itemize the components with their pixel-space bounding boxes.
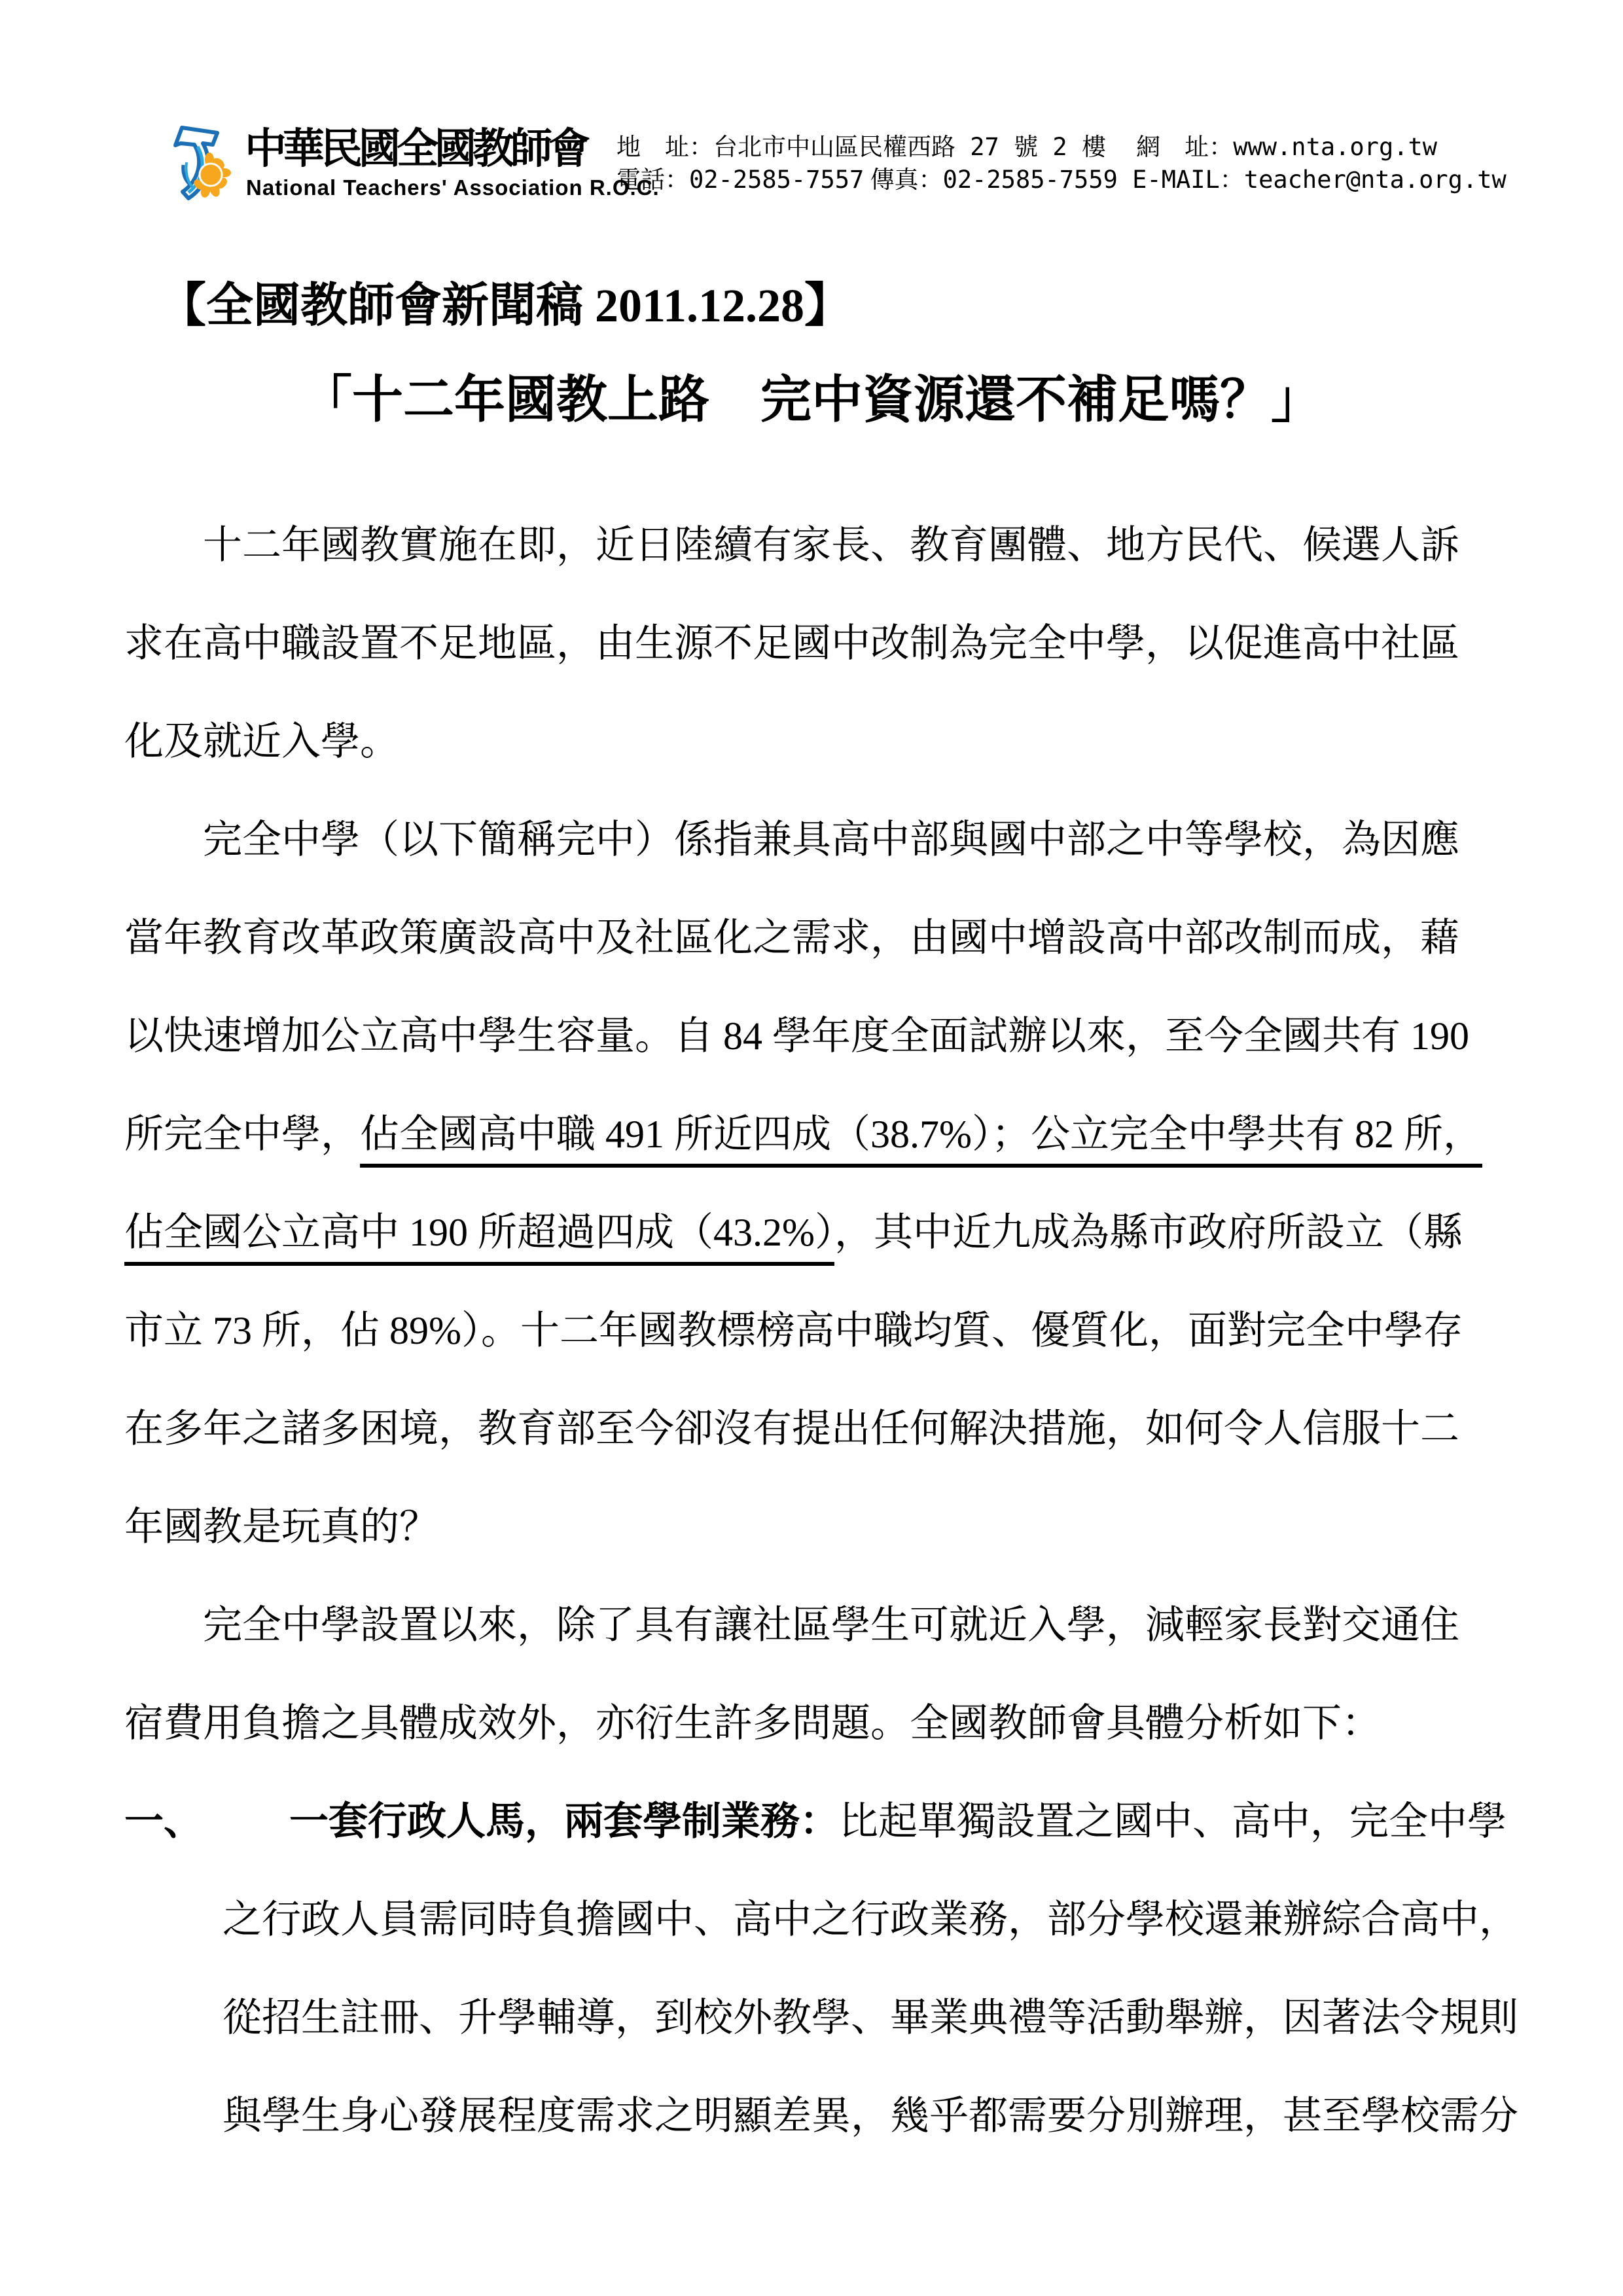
text-run: 年國教是玩真的？	[124, 1505, 438, 1549]
text-run: 在多年之諸多困境，教育部至今卻沒有提出任何解決措施，如何令人信服十二	[124, 1407, 1459, 1450]
text-run: 02-2585-7559	[943, 166, 1118, 194]
text-run: ，其中近九成為縣市政府所設立（縣	[834, 1211, 1463, 1254]
paragraph-line: 年國教是玩真的？	[124, 1478, 1459, 1576]
text-run: 宿費用負擔之具體成效外，亦衍生許多問題。全國教師會具體分析如下：	[124, 1702, 1381, 1745]
text-run: E-MAIL：	[1118, 166, 1244, 194]
list-number-label: 一、	[124, 1772, 289, 1871]
paragraph-line: 化及就近入學。	[124, 692, 1459, 791]
nta-logo-svg	[165, 122, 233, 202]
text-run: teacher@nta.org.tw	[1244, 166, 1507, 194]
text-run: 以快速增加公立高中學生容量。自 84 學年度全面試辦以來，至今全國共有 190	[124, 1014, 1469, 1058]
paragraph-line: 市立 73 所，佔 89%）。十二年國教標榜高中職均質、優質化，面對完全中學存	[124, 1282, 1459, 1380]
text-run: 一套行政人馬，兩套學制業務：	[289, 1800, 839, 1843]
paragraph-line: 十二年國教實施在即，近日陸續有家長、教育團體、地方民代、候選人訴	[124, 496, 1459, 594]
org-name-en: National Teachers' Association R.O.C.	[246, 175, 660, 200]
org-name-zh: 中華民國全國教師會	[245, 124, 586, 174]
text-run: 與學生身心發展程度需求之明顯差異，幾乎都需要分別辦理，甚至學校需分	[223, 2094, 1518, 2138]
paragraph-line: 在多年之諸多困境，教育部至今卻沒有提出任何解決措施，如何令人信服十二	[124, 1380, 1459, 1478]
text-run: 十二年國教實施在即，近日陸續有家長、教育團體、地方民代、候選人訴	[203, 524, 1459, 567]
list-item-line: 從招生註冊、升學輔導，到校外教學、畢業典禮等活動舉辦，因著法令規則	[124, 1969, 1459, 2067]
list-item-line: 一、一套行政人馬，兩套學制業務：比起單獨設置之國中、高中，完全中學	[124, 1772, 1459, 1871]
text-run: 完全中學設置以來，除了具有讓社區學生可就近入學，減輕家長對交通住	[203, 1604, 1459, 1647]
document-title: 「十二年國教上路 完中資源還不補足嗎？」	[0, 359, 1623, 432]
nta-logo-icon	[165, 122, 233, 202]
text-run: 2	[1038, 133, 1082, 161]
text-run: 傳真：	[864, 167, 942, 194]
press-release-page: 中華民國全國教師會 National Teachers' Association…	[0, 0, 1623, 2296]
text-run: 市立 73 所，佔 89%）。十二年國教標榜高中職均質、優質化，面對完全中學存	[124, 1309, 1463, 1352]
text-run: 號	[1014, 134, 1038, 161]
text-run: 02-2585-7557	[689, 166, 864, 194]
document-body: 十二年國教實施在即，近日陸續有家長、教育團體、地方民代、候選人訴求在高中職設置不…	[124, 496, 1459, 2165]
text-run: 比起單獨設置之國中、高中，完全中學	[839, 1800, 1507, 1843]
paragraph-line: 當年教育改革政策廣設高中及社區化之需求，由國中增設高中部改制而成，藉	[124, 889, 1459, 987]
text-run: 電話：	[616, 167, 689, 194]
contact-address-line: 地 址：台北市中山區民權西路 27 號 2 樓 網 址：www.nta.org.…	[616, 131, 1487, 164]
paragraph-line: 所完全中學，佔全國高中職 491 所近四成（38.7%）；公立完全中學共有 82…	[124, 1085, 1459, 1183]
paragraph-line: 求在高中職設置不足地區，由生源不足國中改制為完全中學，以促進高中社區	[124, 594, 1459, 692]
text-run: 當年教育改革政策廣設高中及社區化之需求，由國中增設高中部改制而成，藉	[124, 916, 1459, 960]
text-run: 27	[955, 133, 1014, 161]
list-item-line: 之行政人員需同時負擔國中、高中之行政業務，部分學校還兼辦綜合高中，	[124, 1871, 1459, 1969]
text-run: 樓 網 址：	[1082, 134, 1233, 161]
text-run: www.nta.org.tw	[1233, 133, 1437, 161]
text-run: 佔全國公立高中 190 所超過四成（43.2%）	[124, 1211, 834, 1266]
contact-info: 地 址：台北市中山區民權西路 27 號 2 樓 網 址：www.nta.org.…	[616, 131, 1487, 196]
text-run: 所完全中學，	[124, 1113, 360, 1156]
text-run: 化及就近入學。	[124, 720, 399, 763]
text-run: 完全中學（以下簡稱完中）係指兼具高中部與國中部之中等學校，為因應	[203, 818, 1459, 861]
text-run: 佔全國高中職 491 所近四成（38.7%）；公立完全中學共有 82 所，	[360, 1113, 1482, 1168]
list-item-line: 與學生身心發展程度需求之明顯差異，幾乎都需要分別辦理，甚至學校需分	[124, 2067, 1459, 2165]
text-run: 求在高中職設置不足地區，由生源不足國中改制為完全中學，以促進高中社區	[124, 622, 1459, 665]
press-release-headline: 【全國教師會新聞稿 2011.12.28】	[159, 267, 851, 335]
paragraph-line: 完全中學（以下簡稱完中）係指兼具高中部與國中部之中等學校，為因應	[124, 791, 1459, 889]
text-run: 之行政人員需同時負擔國中、高中之行政業務，部分學校還兼辦綜合高中，	[223, 1898, 1518, 1941]
contact-phone-line: 電話：02-2585-7557 傳真：02-2585-7559 E-MAIL：t…	[616, 164, 1487, 196]
paragraph-line: 宿費用負擔之具體成效外，亦衍生許多問題。全國教師會具體分析如下：	[124, 1674, 1459, 1772]
text-run: 地 址：台北市中山區民權西路	[616, 134, 955, 161]
paragraph-line: 以快速增加公立高中學生容量。自 84 學年度全面試辦以來，至今全國共有 190	[124, 987, 1459, 1085]
paragraph-line: 佔全國公立高中 190 所超過四成（43.2%），其中近九成為縣市政府所設立（縣	[124, 1183, 1459, 1282]
paragraph-line: 完全中學設置以來，除了具有讓社區學生可就近入學，減輕家長對交通住	[124, 1576, 1459, 1674]
text-run: 從招生註冊、升學輔導，到校外教學、畢業典禮等活動舉辦，因著法令規則	[223, 1996, 1518, 2039]
